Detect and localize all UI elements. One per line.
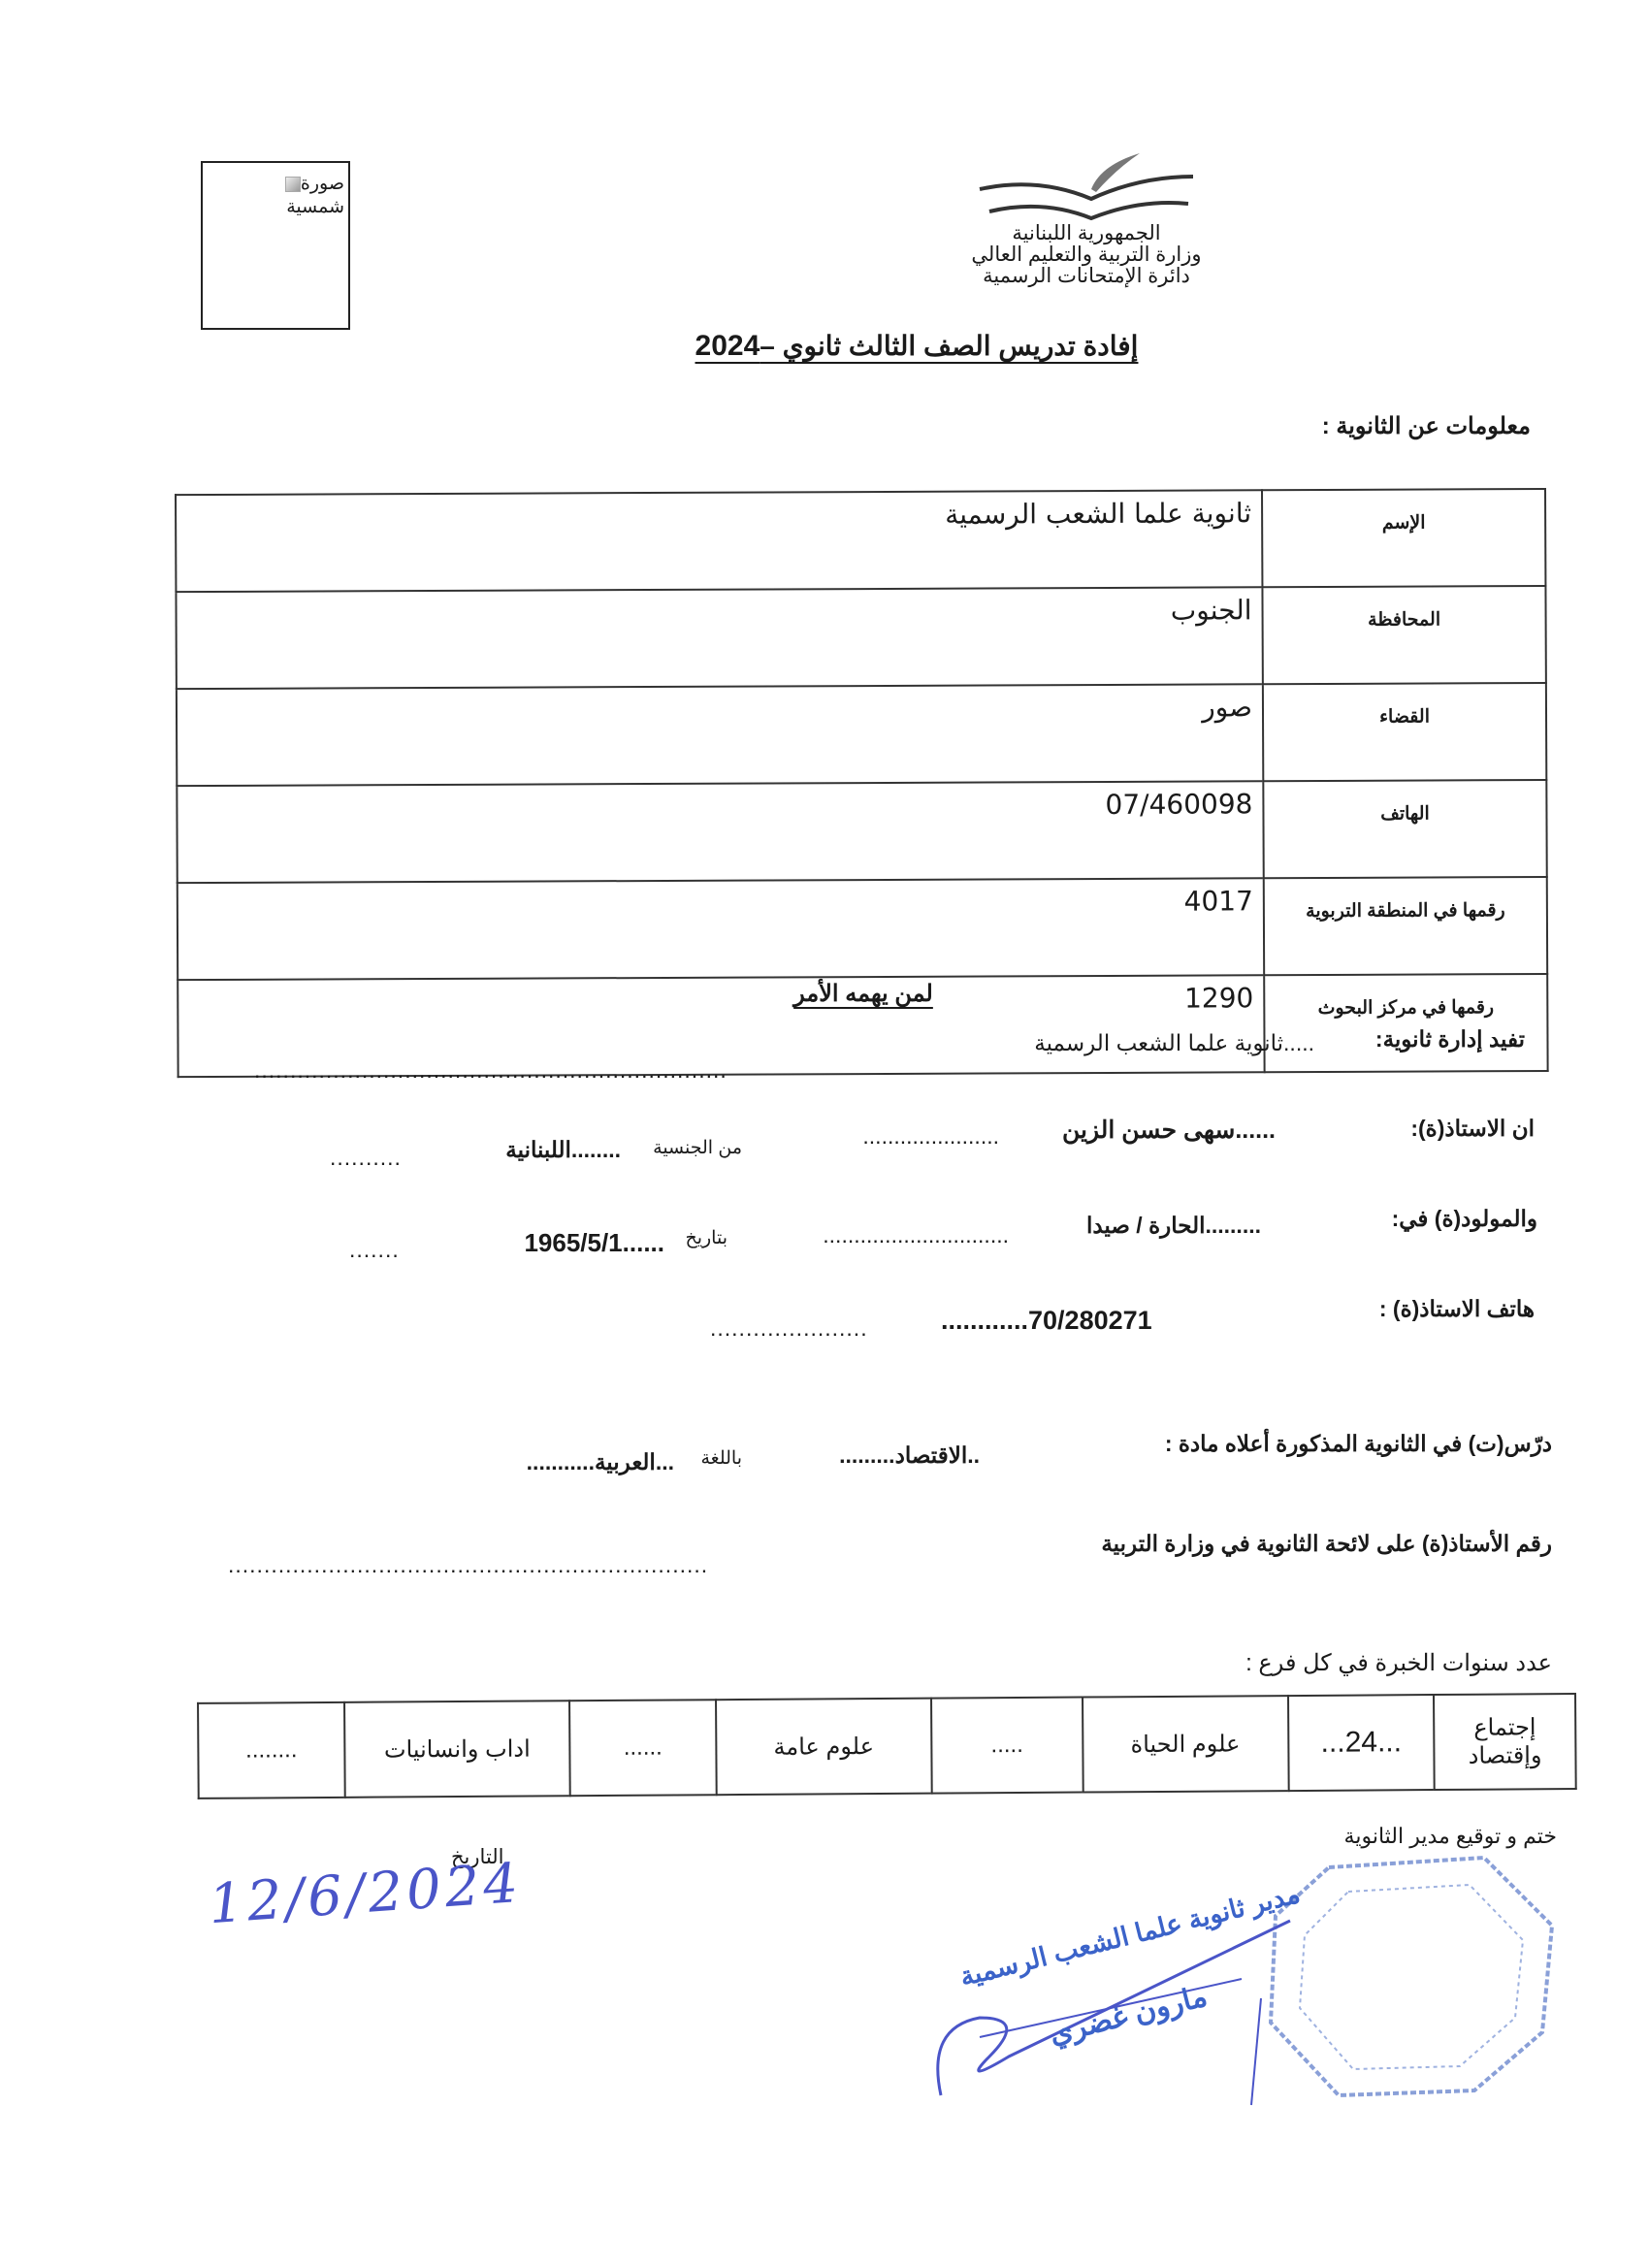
row-label: رقمها في المنطقة التربوية [1264,877,1547,975]
birth-date-value: ......1965/5/1 [524,1228,664,1258]
experience-heading: عدد سنوات الخبرة في كل فرع : [1245,1649,1552,1677]
branch-label: إجتماع وإقتصاد [1434,1694,1575,1790]
birth-place-dots: .............................. [823,1222,1009,1248]
teacher-label: ان الاستاذ(ة): [1410,1116,1535,1142]
teacher-name: ......سهى حسن الزين [1062,1116,1276,1145]
nationality-label: من الجنسية [653,1137,742,1159]
nationality-dots: .......... [330,1145,402,1171]
language-label: باللغة [700,1447,742,1470]
row-value: 4017 [178,878,1264,980]
row-value: الجنوب [176,587,1262,689]
subject-label: درّس(ت) في الثانوية المذكورة أعلاه مادة … [1165,1431,1552,1457]
to-whom-heading: لمن يهمه الأمر [776,980,951,1008]
row-value: 07/460098 [177,781,1263,883]
experience-table: إجتماع وإقتصاد ...24... علوم الحياة ....… [197,1693,1577,1799]
teacher-name-dots: ...................... [862,1123,999,1150]
row-label: الهاتف [1263,780,1546,878]
nationality-value: ........اللبنانية [505,1137,621,1163]
subject-value: ..الاقتصاد......... [839,1442,980,1469]
branch-years: ........ [198,1702,344,1798]
teacher-phone-value: ............70/280271 [941,1306,1152,1336]
open-book-quill-icon [970,146,1203,223]
table-row: إجتماع وإقتصاد ...24... علوم الحياة ....… [198,1694,1576,1798]
branch-years: ..... [931,1698,1083,1794]
school-admin-value: .....ثانوية علما الشعب الرسمية [1034,1030,1314,1056]
broken-image-icon [285,177,301,192]
registry-label: رقم الأستاذ(ة) على لائحة الثانوية في وزا… [1101,1531,1552,1557]
branch-years: ...24... [1288,1695,1435,1791]
birth-date-label: بتاريخ [685,1227,727,1249]
branch-years: ...... [569,1700,716,1796]
row-label: الإسم [1262,489,1545,587]
handwritten-date: 12/6/2024 [207,1852,524,1936]
language-value: ...العربية........... [527,1449,674,1475]
school-admin-dots: ........................................… [254,1057,727,1084]
row-label: رقمها في مركز البحوث [1264,974,1547,1072]
registry-dots: ........................................… [228,1552,708,1578]
teacher-phone-dots: ...................... [710,1315,868,1342]
table-row: رقمها في المنطقة التربوية 4017 [178,877,1547,980]
photo-placeholder: صورة شمسية [201,161,350,330]
table-row: الإسم ثانوية علما الشعب الرسمية [176,489,1545,592]
ministry-header: الجمهورية اللبنانية وزارة التربية والتعل… [960,146,1212,287]
table-row: المحافظة الجنوب [176,586,1545,689]
row-label: المحافظة [1262,586,1545,684]
birth-place-value: .........الحارة / صيدا [1086,1213,1261,1239]
table-row: القضاء صور [177,683,1546,786]
school-info-heading: معلومات عن الثانوية : [1322,412,1531,440]
signature-label: ختم و توقيع مدير الثانوية [1344,1824,1557,1849]
branch-label: علوم الحياة [1083,1696,1289,1792]
ministry-line-3: دائرة الإمتحانات الرسمية [960,266,1212,287]
branch-label: اداب وانسانيات [344,1701,570,1798]
row-label: القضاء [1263,683,1546,781]
birth-date-dots: ....... [349,1237,400,1263]
branch-label: علوم عامة [716,1699,932,1796]
ministry-line-1: الجمهورية اللبنانية [960,223,1212,244]
ministry-line-2: وزارة التربية والتعليم العالي [960,244,1212,266]
page-title: إفادة تدريس الصف الثالث ثانوي –2024 [684,330,1149,363]
photo-label-line1: صورة [301,174,344,194]
photo-label-line2: شمسية [286,197,344,217]
table-row: الهاتف 07/460098 [177,780,1546,883]
title-year: 2024 [695,330,760,362]
row-value: صور [177,684,1263,786]
row-value: ثانوية علما الشعب الرسمية [176,490,1262,592]
teacher-phone-label: هاتف الاستاذ(ة) : [1379,1296,1535,1322]
title-text: إفادة تدريس الصف الثالث ثانوي – [760,331,1138,361]
school-admin-label: تفيد إدارة ثانوية: [1375,1026,1525,1053]
birth-place-label: والمولود(ة) في: [1392,1206,1537,1232]
